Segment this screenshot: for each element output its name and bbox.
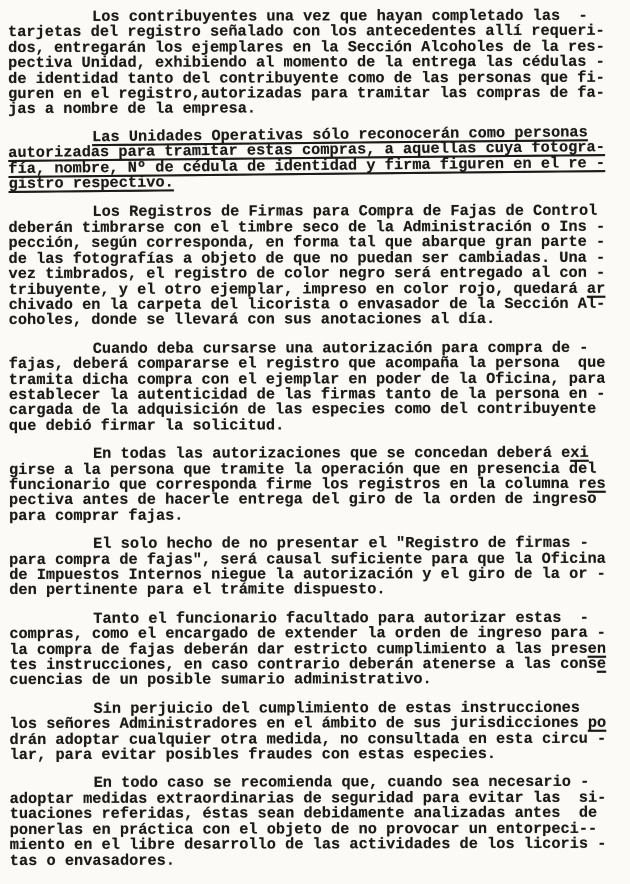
text-line: tas o envasadores. — [10, 852, 628, 869]
text-line: jas a nombre de la empresa. — [8, 101, 626, 118]
paragraph: Tanto el funcionario facultado para auto… — [9, 611, 627, 689]
paragraph: Cuando deba cursarse una autorización pa… — [9, 340, 627, 434]
document-page: Los contribuyentes una vez que hayan com… — [0, 0, 630, 884]
text-segment: cuencias de un posible sumario administr… — [9, 671, 431, 690]
text-segment: gistro respectivo. — [8, 173, 173, 193]
text-line: lar, para evitar posibles fraudes con es… — [10, 747, 628, 764]
document-text-body: Los contribuyentes una vez que hayan com… — [8, 9, 628, 869]
text-segment: coholes, donde se llevará con sus anotac… — [9, 310, 496, 329]
text-segment: para comprar fajas. — [9, 506, 183, 524]
text-segment: den pertinente para el trámite dispuesto… — [9, 581, 385, 600]
text-segment: que debió firmar la solicitud. — [9, 416, 284, 435]
underlined-syllable: e — [597, 655, 606, 673]
paragraph: El solo hecho de no presentar el "Regist… — [9, 536, 627, 599]
paragraph: En todas las autorizaciones que se conce… — [9, 446, 627, 524]
text-segment: tas o envasadores. — [10, 851, 175, 869]
paragraph: En todo caso se recomienda que, cuando s… — [10, 775, 628, 869]
text-line: que debió firmar la solicitud. — [9, 417, 627, 434]
underlined-paragraph: Las Unidades Operativas sólo reconocerán… — [8, 125, 627, 193]
paragraph: Sin perjuicio del cumplimiento de estas … — [9, 701, 627, 764]
paragraph: Los Registros de Firmas para Compra de F… — [8, 204, 626, 329]
text-segment: jas a nombre de la empresa. — [8, 100, 256, 119]
text-line: para comprar fajas. — [9, 507, 627, 524]
text-line: coholes, donde se llevará con sus anotac… — [9, 312, 627, 329]
text-line: cuencias de un posible sumario administr… — [9, 672, 627, 689]
text-line: den pertinente para el trámite dispuesto… — [9, 582, 627, 599]
text-segment: lar, para evitar posibles fraudes con es… — [10, 745, 497, 764]
paragraph: Los contribuyentes una vez que hayan com… — [8, 9, 626, 118]
